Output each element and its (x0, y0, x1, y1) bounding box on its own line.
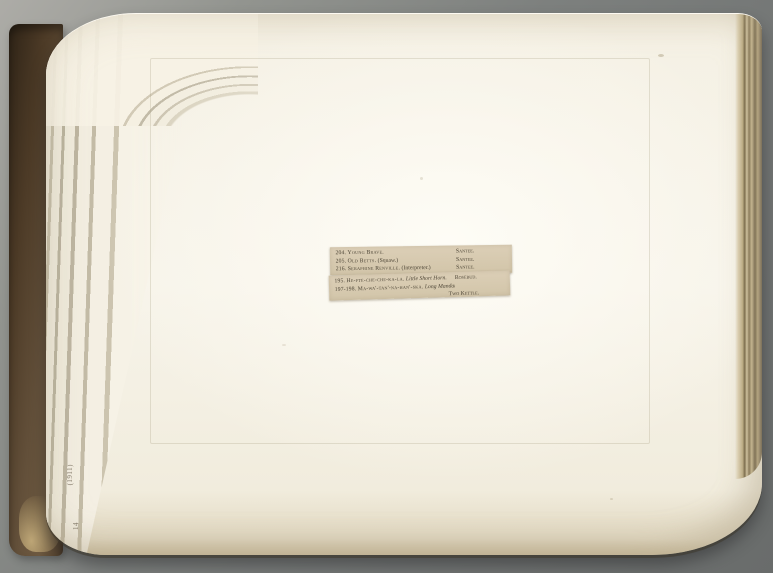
entry-name: Young Brave. (347, 249, 383, 256)
entry-number: 195. (334, 277, 345, 284)
entry-name: Ma-wa'-tan'-na-han'-ska. (358, 283, 424, 291)
entry-name: Seraphine Renville. (348, 265, 400, 272)
margin-annotation: 14 (72, 522, 80, 530)
entry-descriptor: (Interpreter.) (401, 264, 430, 271)
album-photograph: (1911) 14 204. Young Brave. Santee. 205.… (0, 0, 773, 573)
entry-descriptor: Long Mandan. (425, 282, 455, 289)
entry-band: Two Kettle. (449, 290, 480, 297)
entry-number: 205. (336, 257, 347, 263)
entry-descriptor: Little Short Horn. (406, 274, 447, 282)
margin-annotation: (1911) (66, 464, 74, 485)
entry-name: Old Betts. (348, 257, 377, 264)
entry-number: 197-198. (335, 285, 357, 292)
entry-descriptor: (Squaw.) (378, 257, 399, 264)
entry-band: Rosebud. (455, 272, 511, 282)
entry-number: 204. (335, 249, 346, 255)
entry-band (455, 285, 510, 287)
entry-number: 216. (336, 265, 347, 271)
